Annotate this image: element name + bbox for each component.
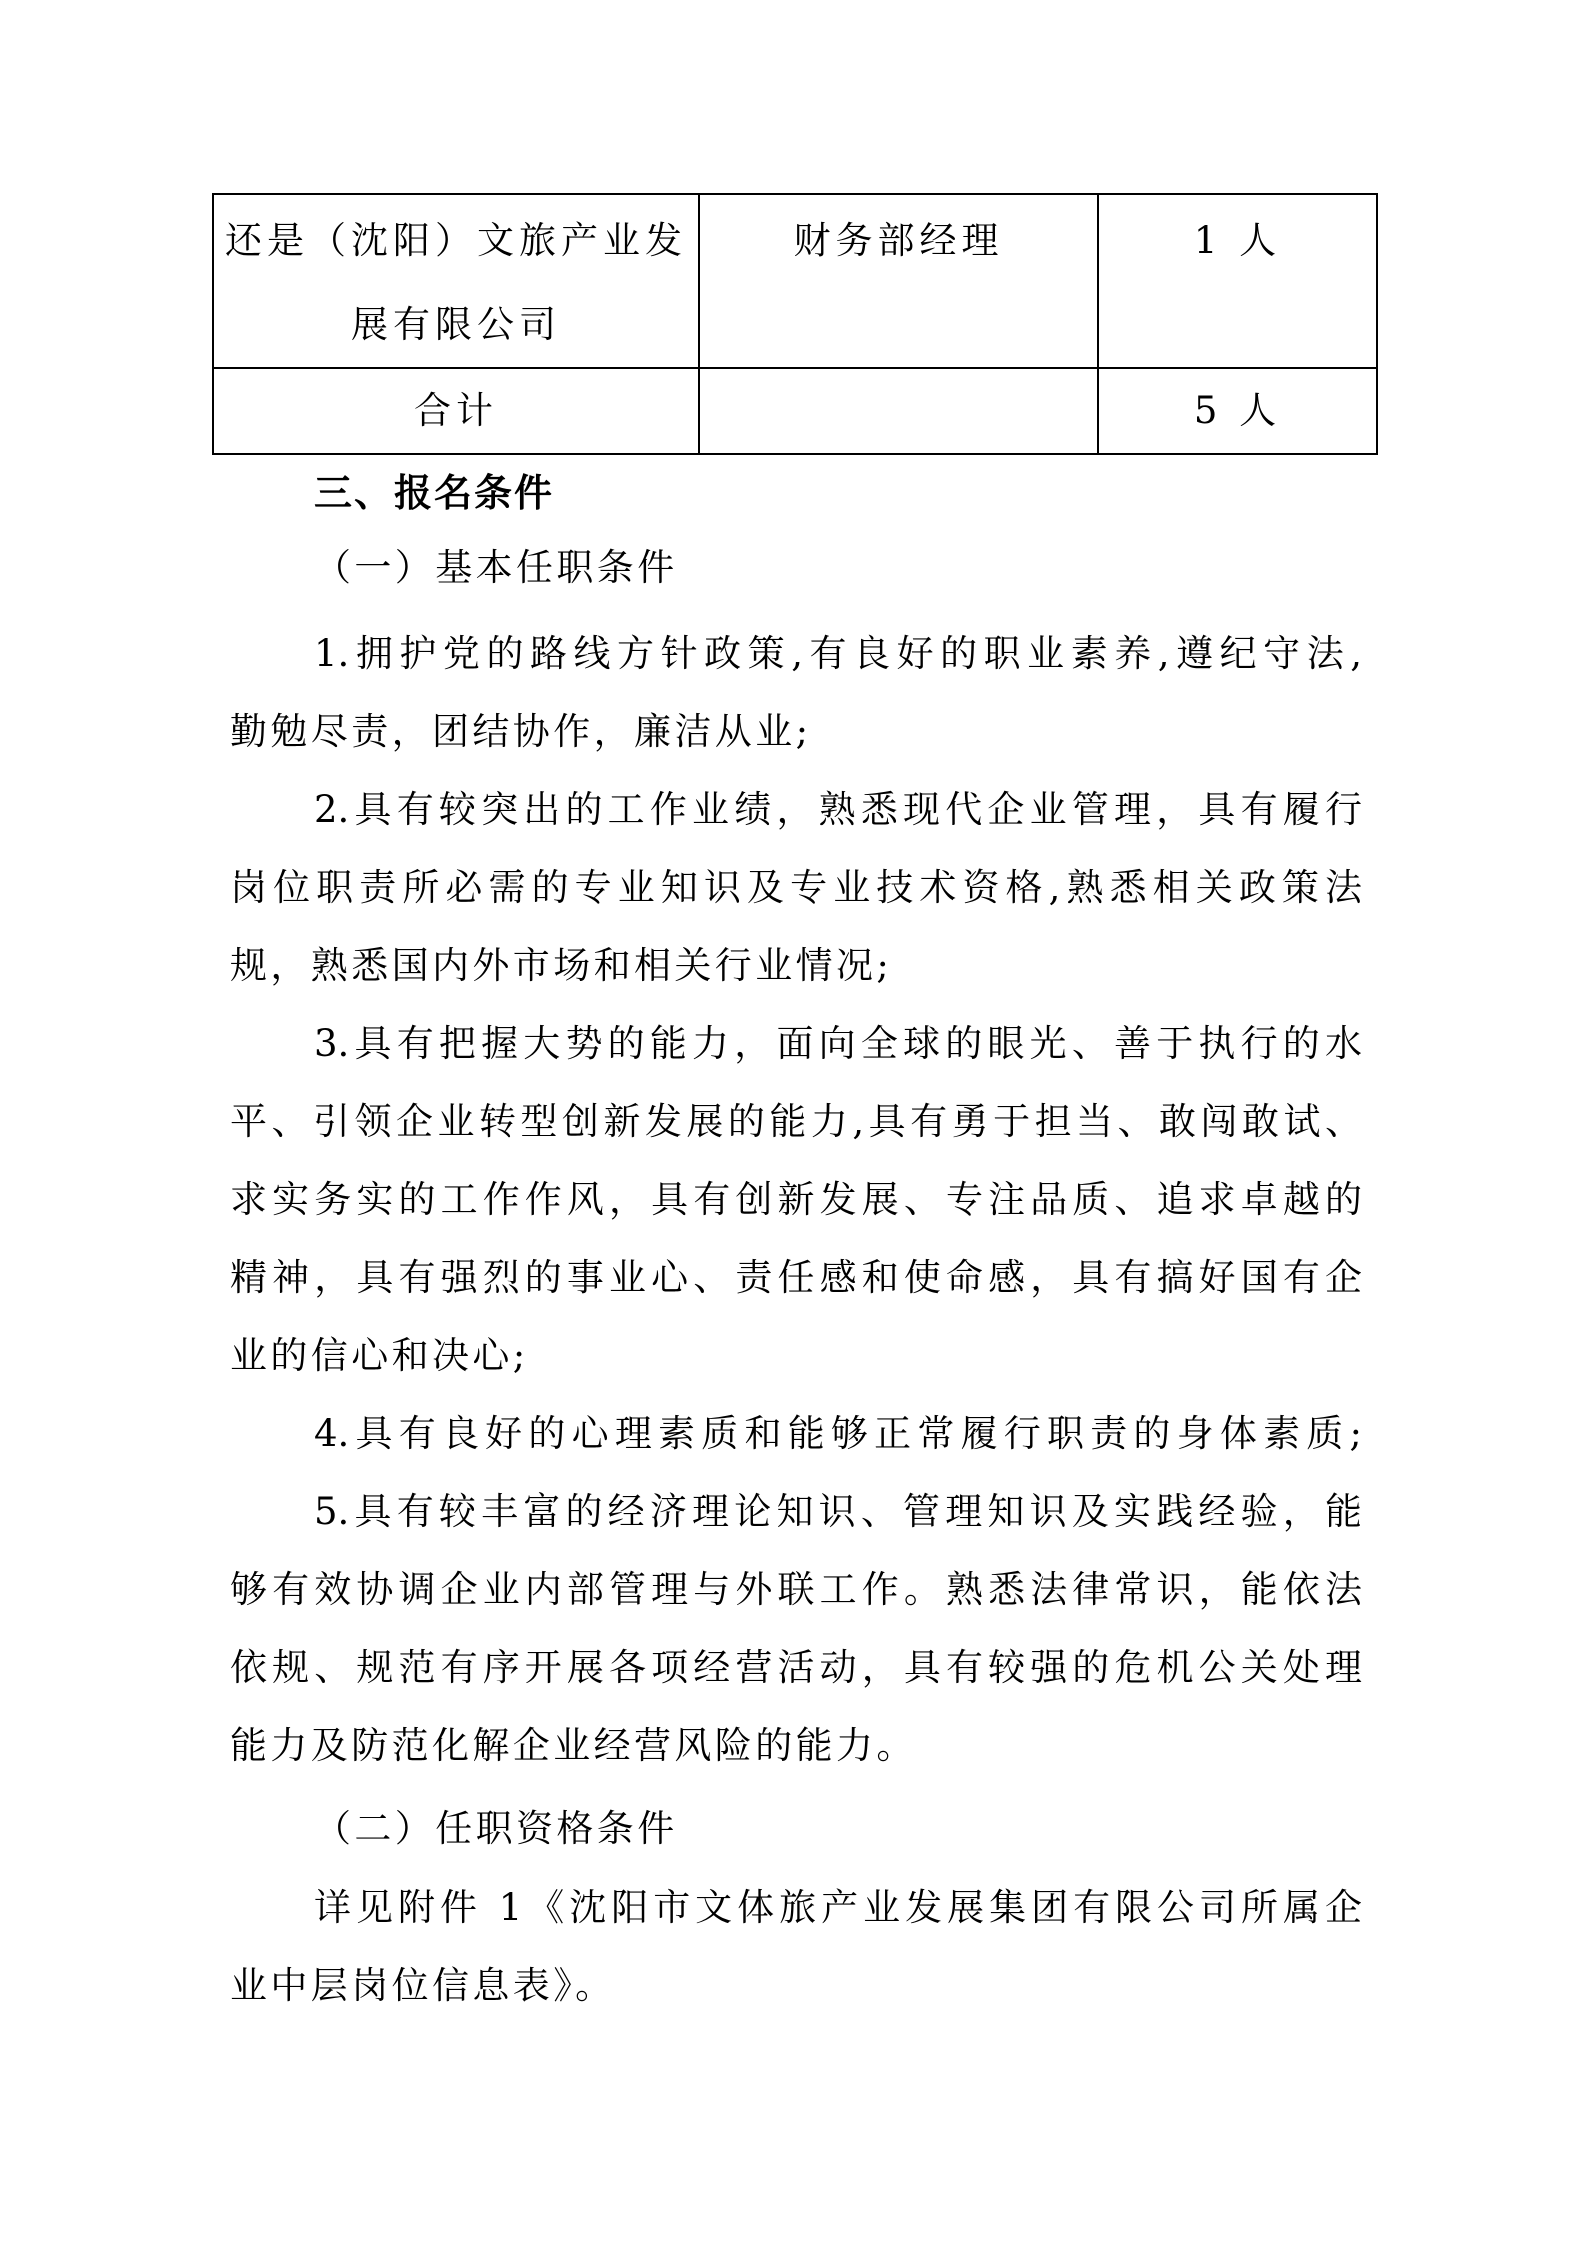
- total-count-cell: 5 人: [1098, 368, 1377, 454]
- company-cell: 还是（沈阳）文旅产业发 展有限公司: [213, 194, 699, 368]
- count-cell: 1 人: [1098, 194, 1377, 368]
- company-name-line-2: 展有限公司: [214, 283, 698, 367]
- item-5-line-2: 够有效协调企业内部管理与外联工作。熟悉法律常识，能依法: [230, 1568, 1362, 1612]
- total-count: 5 人: [1099, 369, 1376, 453]
- qualification-line-1: 详见附件 1《沈阳市文体旅产业发展集团有限公司所属企: [314, 1886, 1362, 1930]
- item-1-line-1: 1.拥护党的路线方针政策,有良好的职业素养,遵纪守法,: [314, 632, 1362, 676]
- positions-table: 还是（沈阳）文旅产业发 展有限公司 财务部经理 1 人 合计 5 人: [212, 193, 1378, 455]
- item-5-line-1: 5.具有较丰富的经济理论知识、管理知识及实践经验，能: [314, 1490, 1362, 1534]
- qualification-line-2: 业中层岗位信息表》。: [230, 1964, 1362, 2008]
- item-3-line-3: 求实务实的工作作风，具有创新发展、专注品质、追求卓越的: [230, 1178, 1362, 1222]
- position-cell: 财务部经理: [699, 194, 1098, 368]
- item-2-line-1: 2.具有较突出的工作业绩，熟悉现代企业管理，具有履行: [314, 788, 1362, 832]
- total-label-cell: 合计: [213, 368, 699, 454]
- item-3-line-4: 精神，具有强烈的事业心、责任感和使命感，具有搞好国有企: [230, 1256, 1362, 1300]
- total-label: 合计: [214, 369, 698, 453]
- company-name-line-1: 还是（沈阳）文旅产业发: [214, 195, 698, 283]
- item-5-line-3: 依规、规范有序开展各项经营活动，具有较强的危机公关处理: [230, 1646, 1362, 1690]
- table-total-row: 合计 5 人: [213, 368, 1377, 454]
- item-1-line-2: 勤勉尽责，团结协作，廉洁从业;: [230, 710, 1362, 754]
- total-position-cell: [699, 368, 1098, 454]
- document-page: 还是（沈阳）文旅产业发 展有限公司 财务部经理 1 人 合计 5 人: [0, 0, 1587, 2245]
- position-name: 财务部经理: [700, 195, 1097, 283]
- item-5-line-4: 能力及防范化解企业经营风险的能力。: [230, 1724, 1362, 1768]
- table-row: 还是（沈阳）文旅产业发 展有限公司 财务部经理 1 人: [213, 194, 1377, 368]
- section-heading: 三、报名条件: [314, 471, 554, 515]
- subsection-heading-qualification: （二）任职资格条件: [314, 1807, 678, 1851]
- position-count: 1 人: [1099, 195, 1376, 283]
- item-2-line-3: 规，熟悉国内外市场和相关行业情况;: [230, 944, 1362, 988]
- item-3-line-5: 业的信心和决心;: [230, 1334, 1362, 1378]
- item-4-line-1: 4.具有良好的心理素质和能够正常履行职责的身体素质;: [314, 1412, 1362, 1456]
- item-3-line-1: 3.具有把握大势的能力，面向全球的眼光、善于执行的水: [314, 1022, 1362, 1066]
- subsection-heading-basic: （一）基本任职条件: [314, 546, 678, 590]
- item-3-line-2: 平、引领企业转型创新发展的能力,具有勇于担当、敢闯敢试、: [230, 1100, 1362, 1144]
- item-2-line-2: 岗位职责所必需的专业知识及专业技术资格,熟悉相关政策法: [230, 866, 1362, 910]
